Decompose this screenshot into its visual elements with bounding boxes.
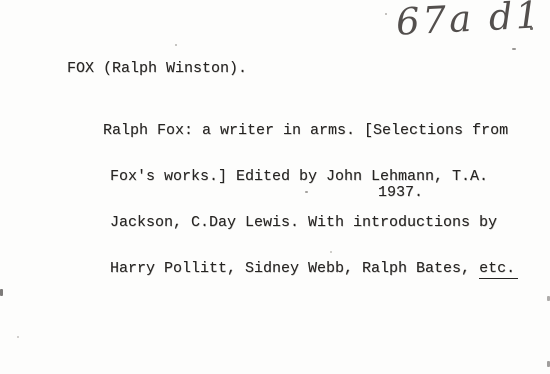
scan-speck [512, 48, 516, 50]
scan-speck [385, 13, 387, 15]
title-statement: Ralph Fox: a writer in arms. [Selections… [103, 92, 518, 308]
handwritten-shelfmark: 67a d1 [395, 0, 543, 44]
scan-speck [330, 251, 332, 253]
heading-author: FOX (Ralph Winston). [67, 61, 247, 76]
scan-speck [530, 27, 533, 30]
scan-speck [305, 191, 308, 193]
etc-underlined: etc. [479, 260, 518, 279]
title-line-4: Harry Pollitt, Sidney Webb, Ralph Bates,… [110, 261, 518, 276]
title-line-4-text: Harry Pollitt, Sidney Webb, Ralph Bates, [110, 260, 479, 277]
catalog-card: 67a d1 FOX (Ralph Winston). Ralph Fox: a… [0, 0, 550, 374]
publication-year: 1937. [378, 185, 423, 200]
title-line-3: Jackson, C.Day Lewis. With introductions… [110, 215, 518, 230]
scan-speck [17, 336, 19, 338]
title-line-2: Fox's works.] Edited by John Lehmann, T.… [110, 169, 518, 184]
scan-speck [175, 44, 177, 46]
title-line-1: Ralph Fox: a writer in arms. [Selections… [103, 123, 518, 138]
scan-speck [0, 289, 3, 296]
